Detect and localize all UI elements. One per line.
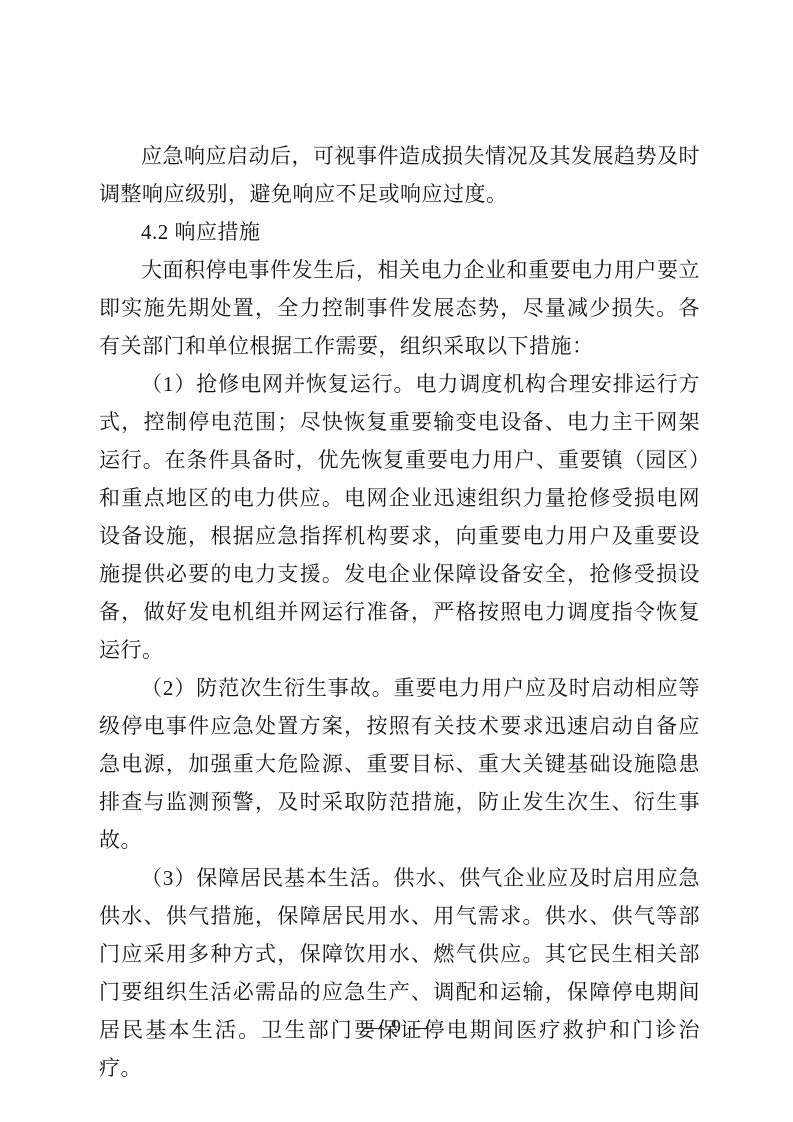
page-number: — 9 — bbox=[0, 1016, 793, 1039]
paragraph-measure-2-secondary-accidents: （2）防范次生衍生事故。重要电力用户应及时启动相应等级停电事件应急处置方案，按照… bbox=[99, 669, 700, 859]
paragraph-initial-disposal: 大面积停电事件发生后，相关电力企业和重要电力用户要立即实施先期处置，全力控制事件… bbox=[99, 251, 700, 365]
paragraph-measure-3-basic-livelihood: （3）保障居民基本生活。供水、供气企业应及时启用应急供水、供气措施，保障居民用水… bbox=[99, 859, 700, 1087]
document-body: 应急响应启动后，可视事件造成损失情况及其发展趋势及时调整响应级别，避免响应不足或… bbox=[99, 137, 700, 1087]
document-page: 应急响应启动后，可视事件造成损失情况及其发展趋势及时调整响应级别，避免响应不足或… bbox=[0, 0, 793, 1122]
section-heading-4-2: 4.2 响应措施 bbox=[99, 213, 700, 251]
paragraph-measure-1-grid-repair: （1）抢修电网并恢复运行。电力调度机构合理安排运行方式，控制停电范围；尽快恢复重… bbox=[99, 365, 700, 669]
paragraph-response-adjustment: 应急响应启动后，可视事件造成损失情况及其发展趋势及时调整响应级别，避免响应不足或… bbox=[99, 137, 700, 213]
